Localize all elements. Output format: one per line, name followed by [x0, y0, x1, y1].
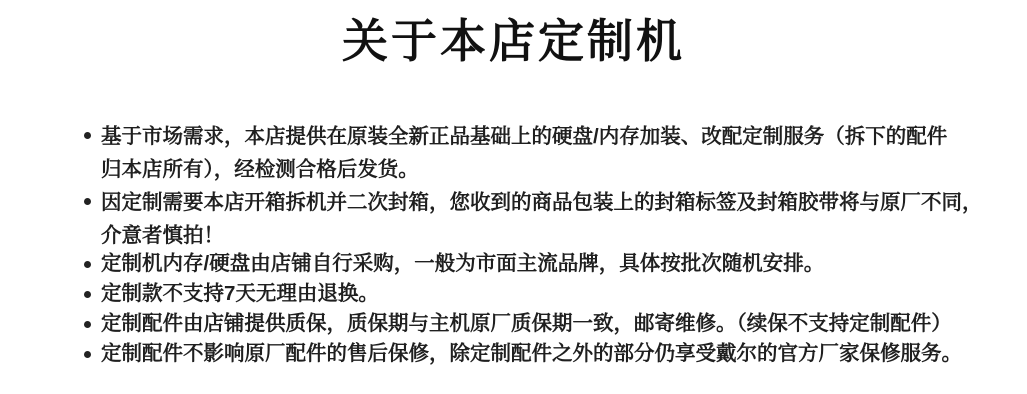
- list-item-text: 基于市场需求，本店提供在原装全新正品基础上的硬盘/内存加装、改配定制服务（拆下的…: [101, 120, 992, 186]
- list-item: 因定制需要本店开箱拆机并二次封箱，您收到的商品包装上的封箱标签及封箱胶带将与原厂…: [84, 186, 992, 252]
- bullet-dot-icon: [84, 198, 91, 205]
- list-item: 定制配件不影响原厂配件的售后保修，除定制配件之外的部分仍享受戴尔的官方厂家保修服…: [84, 339, 992, 369]
- bullet-dot-icon: [84, 261, 91, 268]
- list-item-text: 定制机内存/硬盘由店铺自行采购，一般为市面主流品牌，具体按批次随机安排。: [101, 249, 992, 279]
- list-item: 定制款不支持7天无理由退换。: [84, 279, 992, 309]
- custom-machine-notice: 关于本店定制机 基于市场需求，本店提供在原装全新正品基础上的硬盘/内存加装、改配…: [0, 0, 1027, 394]
- list-item: 定制配件由店铺提供质保，质保期与主机原厂质保期一致，邮寄维修。（续保不支持定制配…: [84, 309, 992, 339]
- policy-bullet-list: 基于市场需求，本店提供在原装全新正品基础上的硬盘/内存加装、改配定制服务（拆下的…: [84, 120, 992, 369]
- list-item-text: 定制款不支持7天无理由退换。: [101, 279, 992, 309]
- page-title: 关于本店定制机: [0, 0, 1027, 69]
- list-item-text: 因定制需要本店开箱拆机并二次封箱，您收到的商品包装上的封箱标签及封箱胶带将与原厂…: [101, 186, 992, 252]
- bullet-dot-icon: [84, 132, 91, 139]
- list-item-text: 定制配件由店铺提供质保，质保期与主机原厂质保期一致，邮寄维修。（续保不支持定制配…: [101, 309, 992, 339]
- bullet-dot-icon: [84, 351, 91, 358]
- list-item: 定制机内存/硬盘由店铺自行采购，一般为市面主流品牌，具体按批次随机安排。: [84, 249, 992, 279]
- list-item-text: 定制配件不影响原厂配件的售后保修，除定制配件之外的部分仍享受戴尔的官方厂家保修服…: [101, 339, 992, 369]
- list-item: 基于市场需求，本店提供在原装全新正品基础上的硬盘/内存加装、改配定制服务（拆下的…: [84, 120, 992, 186]
- bullet-dot-icon: [84, 321, 91, 328]
- bullet-dot-icon: [84, 291, 91, 298]
